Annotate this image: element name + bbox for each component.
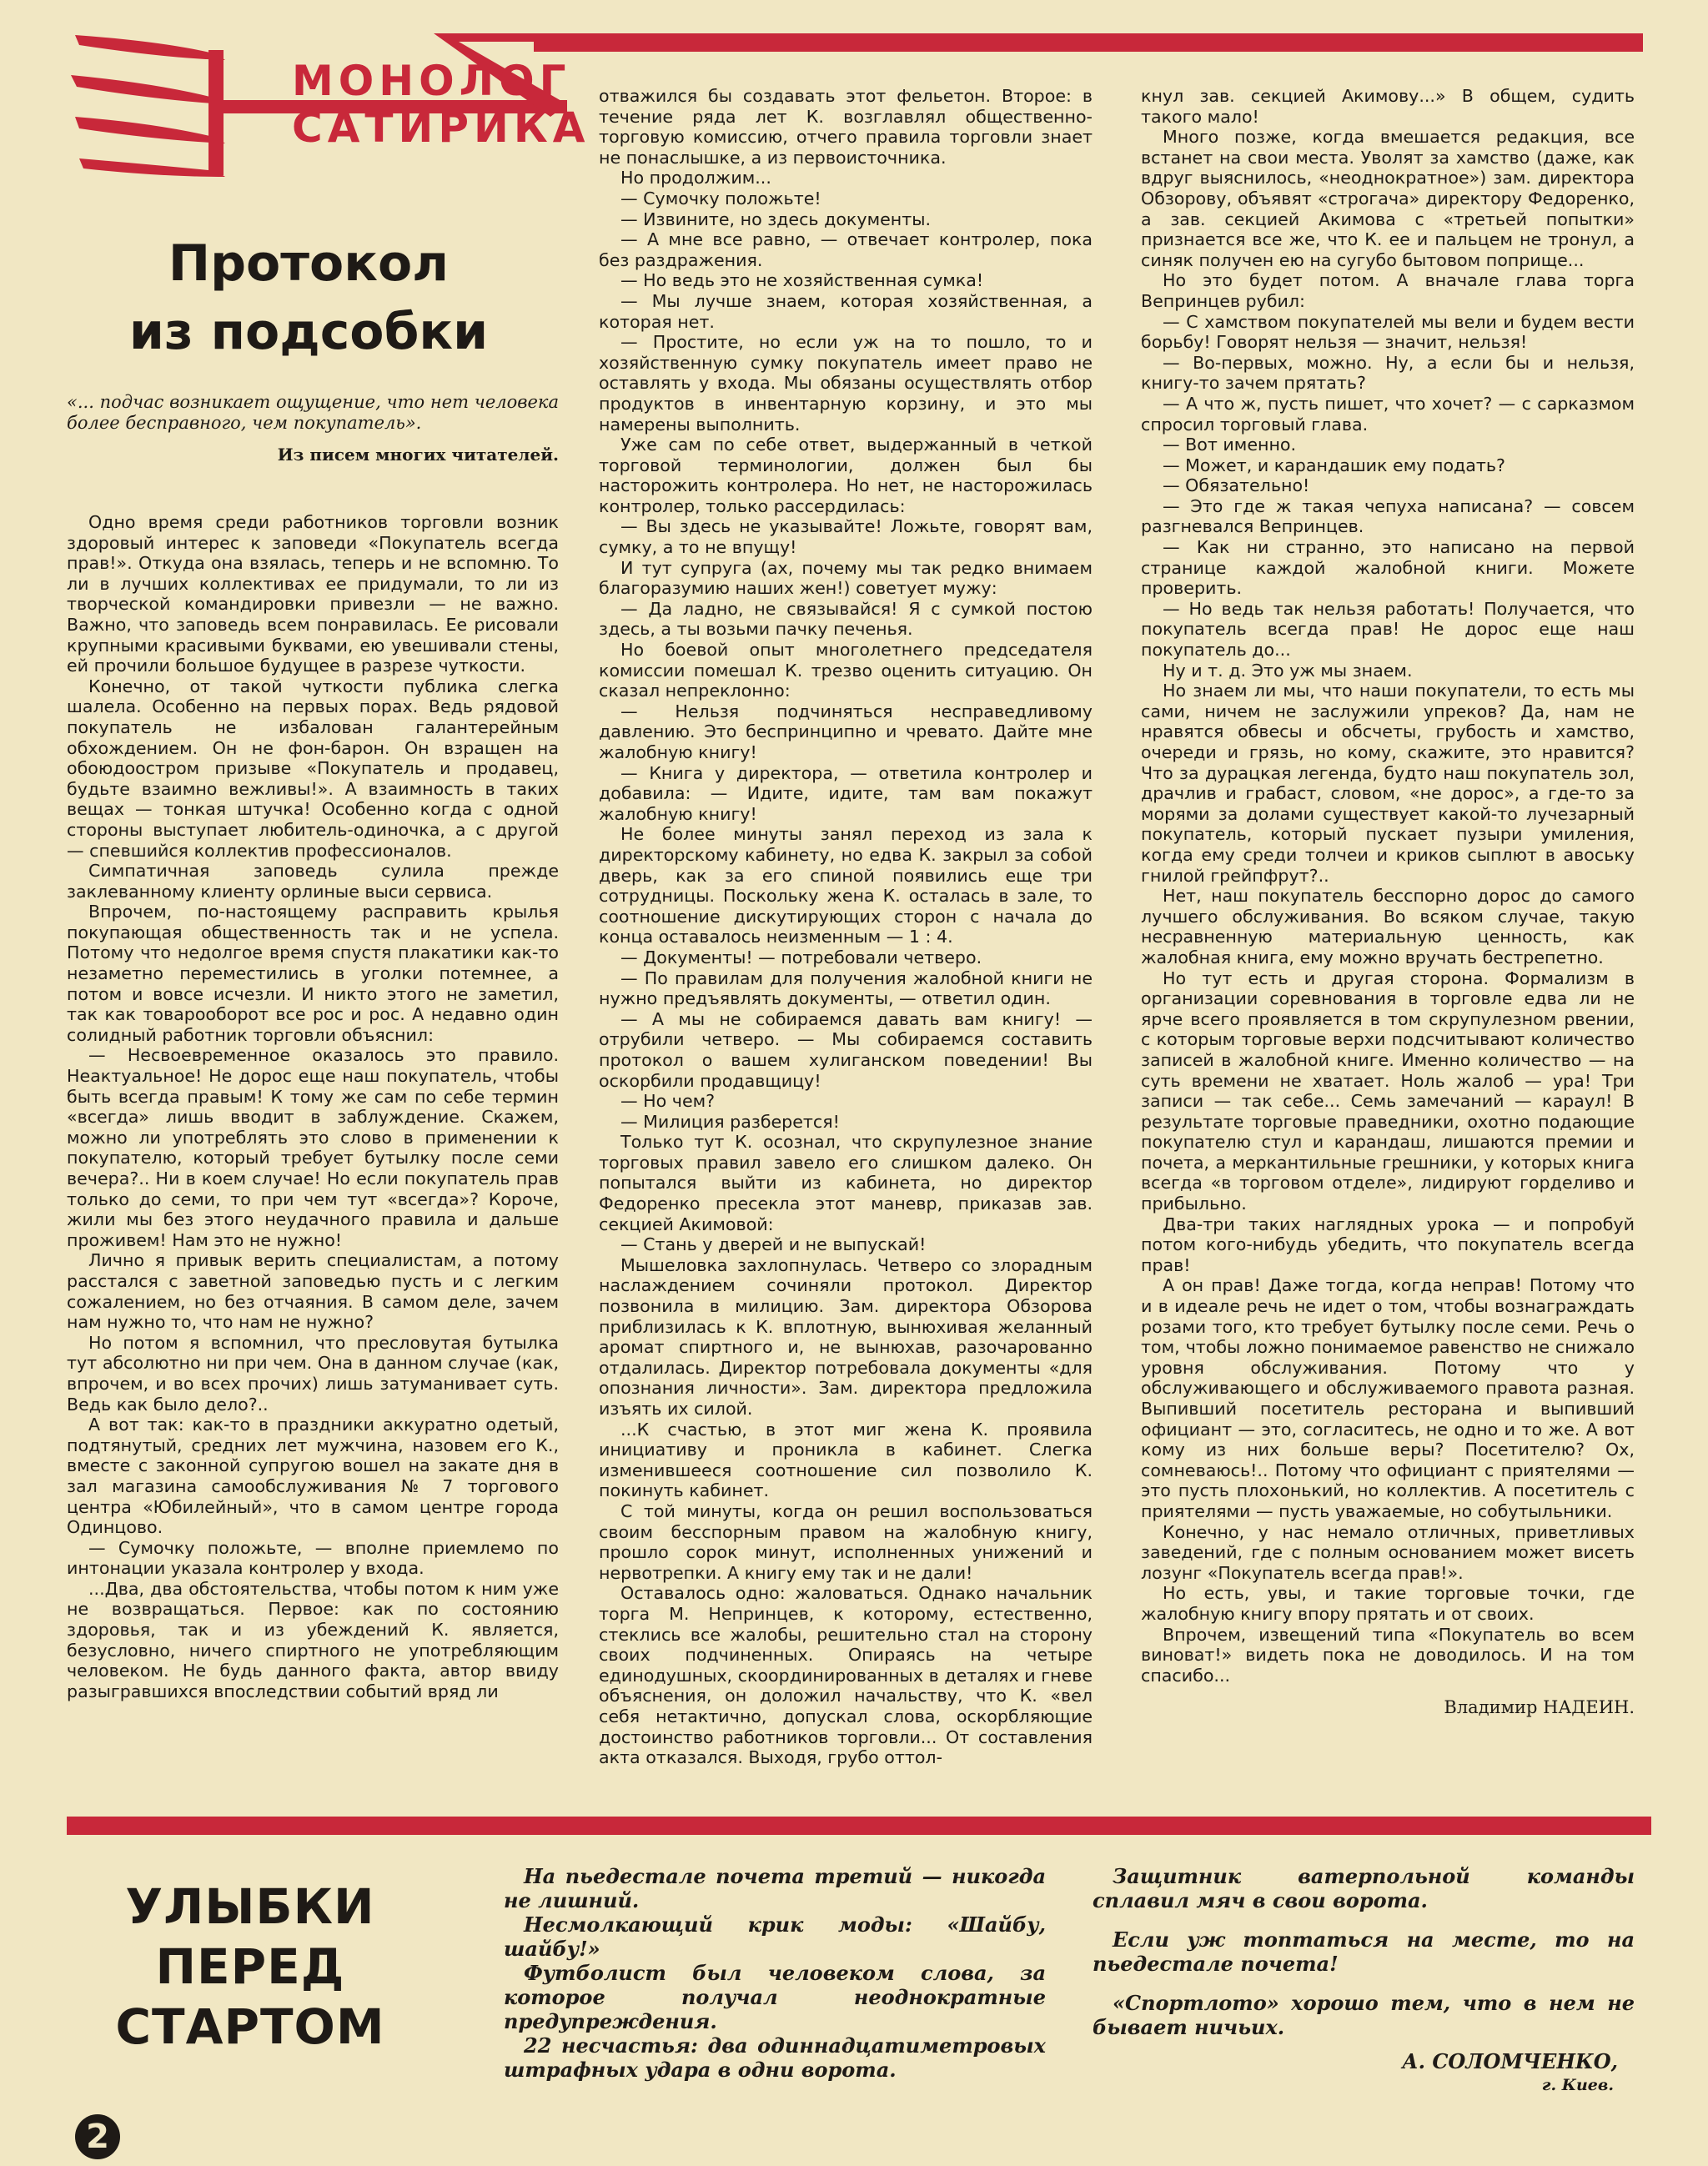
article-paragraph: Лично я привык верить специалистам, а по… bbox=[67, 1250, 559, 1332]
jokes-author-city: г. Киев. bbox=[1093, 2073, 1635, 2098]
article-paragraph: — Но чем? bbox=[599, 1091, 1093, 1112]
article-paragraph: Ну и т. д. Это уж мы знаем. bbox=[1141, 661, 1635, 681]
article-paragraph: ...К счастью, в этот миг жена К. проявил… bbox=[599, 1420, 1093, 1501]
article-paragraph: — С хамством покупателей мы вели и будем… bbox=[1141, 312, 1635, 353]
article-paragraph: А он прав! Даже тогда, когда неправ! Пот… bbox=[1141, 1275, 1635, 1521]
joke-item: Если уж топтаться на месте, то на пьедес… bbox=[1093, 1927, 1635, 1976]
article-paragraph: Но знаем ли мы, что наши покупатели, то … bbox=[1141, 681, 1635, 886]
article-paragraph: Оставалось одно: жаловаться. Однако нача… bbox=[599, 1583, 1093, 1767]
article-paragraph: — Вы здесь не указывайте! Ложьте, говоря… bbox=[599, 516, 1093, 557]
rubric-title-line1: МОНОЛОГ bbox=[292, 60, 571, 102]
article-paragraph: — Милиция разберется! bbox=[599, 1112, 1093, 1133]
article-paragraph: — Во-первых, можно. Ну, а если бы и нель… bbox=[1141, 353, 1635, 394]
article-paragraph: — Стань у дверей и не выпускай! bbox=[599, 1234, 1093, 1255]
article-paragraph: Конечно, от такой чуткости публика слегк… bbox=[67, 676, 559, 861]
article-paragraph: Но боевой опыт многолетнего председателя… bbox=[599, 640, 1093, 701]
article-paragraph: — Несвоевременное оказалось это правило.… bbox=[67, 1045, 559, 1250]
article-paragraph: Но есть, увы, и такие торговые точки, гд… bbox=[1141, 1583, 1635, 1624]
article-paragraph: — Как ни странно, это написано на первой… bbox=[1141, 537, 1635, 599]
smiles-title-line1: УЛЫБКИ bbox=[100, 1877, 400, 1937]
article-paragraph: — Простите, но если уж на то пошло, то и… bbox=[599, 332, 1093, 435]
article-paragraph: Конечно, у нас немало отличных, приветли… bbox=[1141, 1522, 1635, 1584]
section-divider-red-rule bbox=[67, 1817, 1651, 1835]
article-paragraph: — Нельзя подчиняться несправедливому дав… bbox=[599, 701, 1093, 763]
article-paragraph: — Это где ж такая чепуха написана? — сов… bbox=[1141, 496, 1635, 537]
article-paragraph: Впрочем, по-настоящему расправить крылья… bbox=[67, 902, 559, 1045]
article-paragraph: — А что ж, пусть пишет, что хочет? — с с… bbox=[1141, 394, 1635, 435]
top-red-rule bbox=[534, 33, 1643, 52]
article-column-1: Одно время среди работников торговли воз… bbox=[67, 512, 559, 1701]
joke-item: Футболист был человеком слова, за которо… bbox=[504, 1961, 1046, 2033]
article-paragraph: Но потом я вспомнил, что пресловутая бут… bbox=[67, 1333, 559, 1415]
article-paragraph: кнул зав. секцией Акимову...» В общем, с… bbox=[1141, 86, 1635, 127]
article-title: Протокол из подсобки bbox=[75, 229, 542, 366]
article-paragraph: Впрочем, извещений типа «Покупатель во в… bbox=[1141, 1625, 1635, 1686]
rubric-logo: МОНОЛОГ САТИРИКА bbox=[67, 25, 567, 183]
article-paragraph: Уже сам по себе ответ, выдержанный в чет… bbox=[599, 435, 1093, 516]
article-paragraph: Нет, наш покупатель бесспорно дорос до с… bbox=[1141, 886, 1635, 967]
article-paragraph: — Может, и карандашик ему подать? bbox=[1141, 455, 1635, 476]
smiles-title-line3: СТАРТОМ bbox=[100, 1997, 400, 2057]
article-paragraph: — Извините, но здесь документы. bbox=[599, 209, 1093, 230]
joke-item: «Спортлото» хорошо тем, что в нем не быв… bbox=[1093, 1991, 1635, 2039]
joke-item: 22 несчастья: два одиннадцатиметровых шт… bbox=[504, 2033, 1046, 2082]
article-paragraph: Симпатичная заповедь сулила прежде закле… bbox=[67, 861, 559, 902]
article-paragraph: Одно время среди работников торговли воз… bbox=[67, 512, 559, 676]
article-paragraph: — А мне все равно, — отвечает контролер,… bbox=[599, 229, 1093, 270]
article-paragraph: — Документы! — потребовали четверо. bbox=[599, 947, 1093, 968]
article-paragraph: Но тут есть и другая сторона. Формализм … bbox=[1141, 968, 1635, 1214]
article-paragraph: ...Два, два обстоятельства, чтобы потом … bbox=[67, 1579, 559, 1702]
magazine-page: МОНОЛОГ САТИРИКА Протокол из подсобки «.… bbox=[0, 0, 1708, 2166]
article-column-2: отважился бы создавать этот фельетон. Вт… bbox=[599, 86, 1093, 1768]
article-paragraph: С той минуты, когда он решил воспользова… bbox=[599, 1501, 1093, 1583]
article-paragraph: Но это будет потом. А вначале глава торг… bbox=[1141, 270, 1635, 311]
article-paragraph: — Но ведь это не хозяйственная сумка! bbox=[599, 270, 1093, 291]
article-paragraph: — Но ведь так нельзя работать! Получаетс… bbox=[1141, 599, 1635, 661]
article-paragraph: — Да ладно, не связывайся! Я с сумкой по… bbox=[599, 599, 1093, 640]
article-paragraph: И тут супруга (ах, почему мы так редко в… bbox=[599, 558, 1093, 599]
article-paragraph: — По правилам для получения жалобной кни… bbox=[599, 968, 1093, 1009]
article-paragraph: — Мы лучше знаем, которая хозяйственная,… bbox=[599, 291, 1093, 332]
article-title-line1: Протокол bbox=[75, 229, 542, 298]
joke-item: На пьедестале почета третий — никогда не… bbox=[504, 1864, 1046, 1912]
rubric-title-line2: САТИРИКА bbox=[292, 107, 590, 148]
article-paragraph: Только тут К. осознал, что скрупулезное … bbox=[599, 1132, 1093, 1234]
article-paragraph: — Сумочку положьте! bbox=[599, 188, 1093, 209]
article-paragraph: отважился бы создавать этот фельетон. Вт… bbox=[599, 86, 1093, 168]
article-paragraph: Не более минуты занял переход из зала к … bbox=[599, 824, 1093, 947]
joke-item: Несмолкающий крик моды: «Шайбу, шайбу!» bbox=[504, 1912, 1046, 1961]
page-number-badge: 2 bbox=[75, 2114, 120, 2159]
article-author-signature: Владимир НАДЕИН. bbox=[1141, 1697, 1635, 1718]
smiles-section-title: УЛЫБКИ ПЕРЕД СТАРТОМ bbox=[100, 1877, 400, 2057]
article-paragraph: Два-три таких наглядных урока — и попроб… bbox=[1141, 1214, 1635, 1276]
article-paragraph: А вот так: как-то в праздники аккуратно … bbox=[67, 1415, 559, 1538]
article-paragraph: — Обязательно! bbox=[1141, 475, 1635, 496]
article-paragraph: Много позже, когда вмешается редакция, в… bbox=[1141, 127, 1635, 270]
article-paragraph: — Книга у директора, — ответила контроле… bbox=[599, 763, 1093, 825]
jokes-left-column: На пьедестале почета третий — никогда не… bbox=[504, 1864, 1046, 2082]
epigraph-source: Из писем многих читателей. bbox=[67, 445, 559, 465]
jokes-author: А. СОЛОМЧЕНКО, bbox=[1093, 2049, 1635, 2073]
article-paragraph: — А мы не собираемся давать вам книгу! —… bbox=[599, 1009, 1093, 1091]
joke-item: Защитник ватерпольной команды сплавил мя… bbox=[1093, 1864, 1635, 1912]
article-paragraph: — Вот именно. bbox=[1141, 435, 1635, 455]
article-paragraph: — Сумочку положьте, — вполне приемлемо п… bbox=[67, 1538, 559, 1579]
article-paragraph: Но продолжим... bbox=[599, 168, 1093, 188]
article-paragraph: Мышеловка захлопнулась. Четверо со злора… bbox=[599, 1255, 1093, 1420]
article-column-3: кнул зав. секцией Акимову...» В общем, с… bbox=[1141, 86, 1635, 1718]
jokes-right-column: Защитник ватерпольной команды сплавил мя… bbox=[1093, 1864, 1635, 2098]
article-title-line2: из подсобки bbox=[75, 298, 542, 366]
epigraph: «... подчас возникает ощущение, что нет … bbox=[67, 392, 559, 434]
smiles-title-line2: ПЕРЕД bbox=[100, 1937, 400, 1997]
